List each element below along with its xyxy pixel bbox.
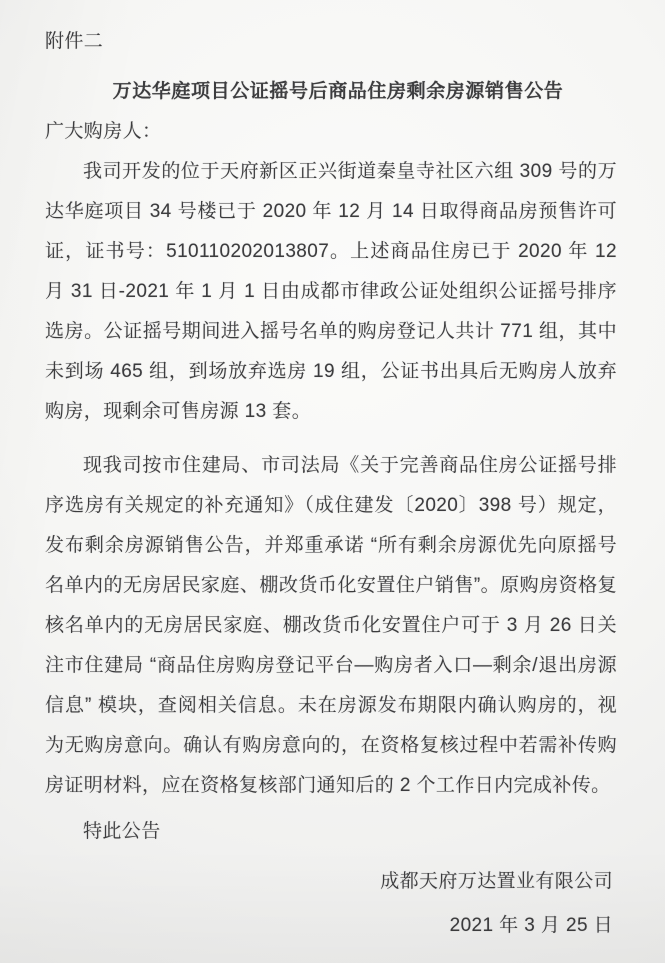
signature-company: 成都天府万达置业有限公司 [45,862,613,902]
document-page: 附件二 万达华庭项目公证摇号后商品住房剩余房源销售公告 广大购房人： 我司开发的… [0,0,665,963]
attachment-label: 附件二 [45,22,617,62]
announcement-document: 附件二 万达华庭项目公证摇号后商品住房剩余房源销售公告 广大购房人： 我司开发的… [0,0,665,963]
body-paragraph-1: 我司开发的位于天府新区正兴街道秦皇寺社区六组 309 号的万达华庭项目 34 号… [45,152,617,432]
closing-statement: 特此公告 [45,812,617,852]
body-paragraph-2: 现我司按市住建局、市司法局《关于完善商品住房公证摇号排序选房有关规定的补充通知》… [45,446,617,806]
document-title: 万达华庭项目公证摇号后商品住房剩余房源销售公告 [45,72,617,112]
signature-block: 成都天府万达置业有限公司 2021 年 3 月 25 日 [45,862,617,946]
signature-date: 2021 年 3 月 25 日 [45,906,613,946]
salutation: 广大购房人： [45,112,617,152]
